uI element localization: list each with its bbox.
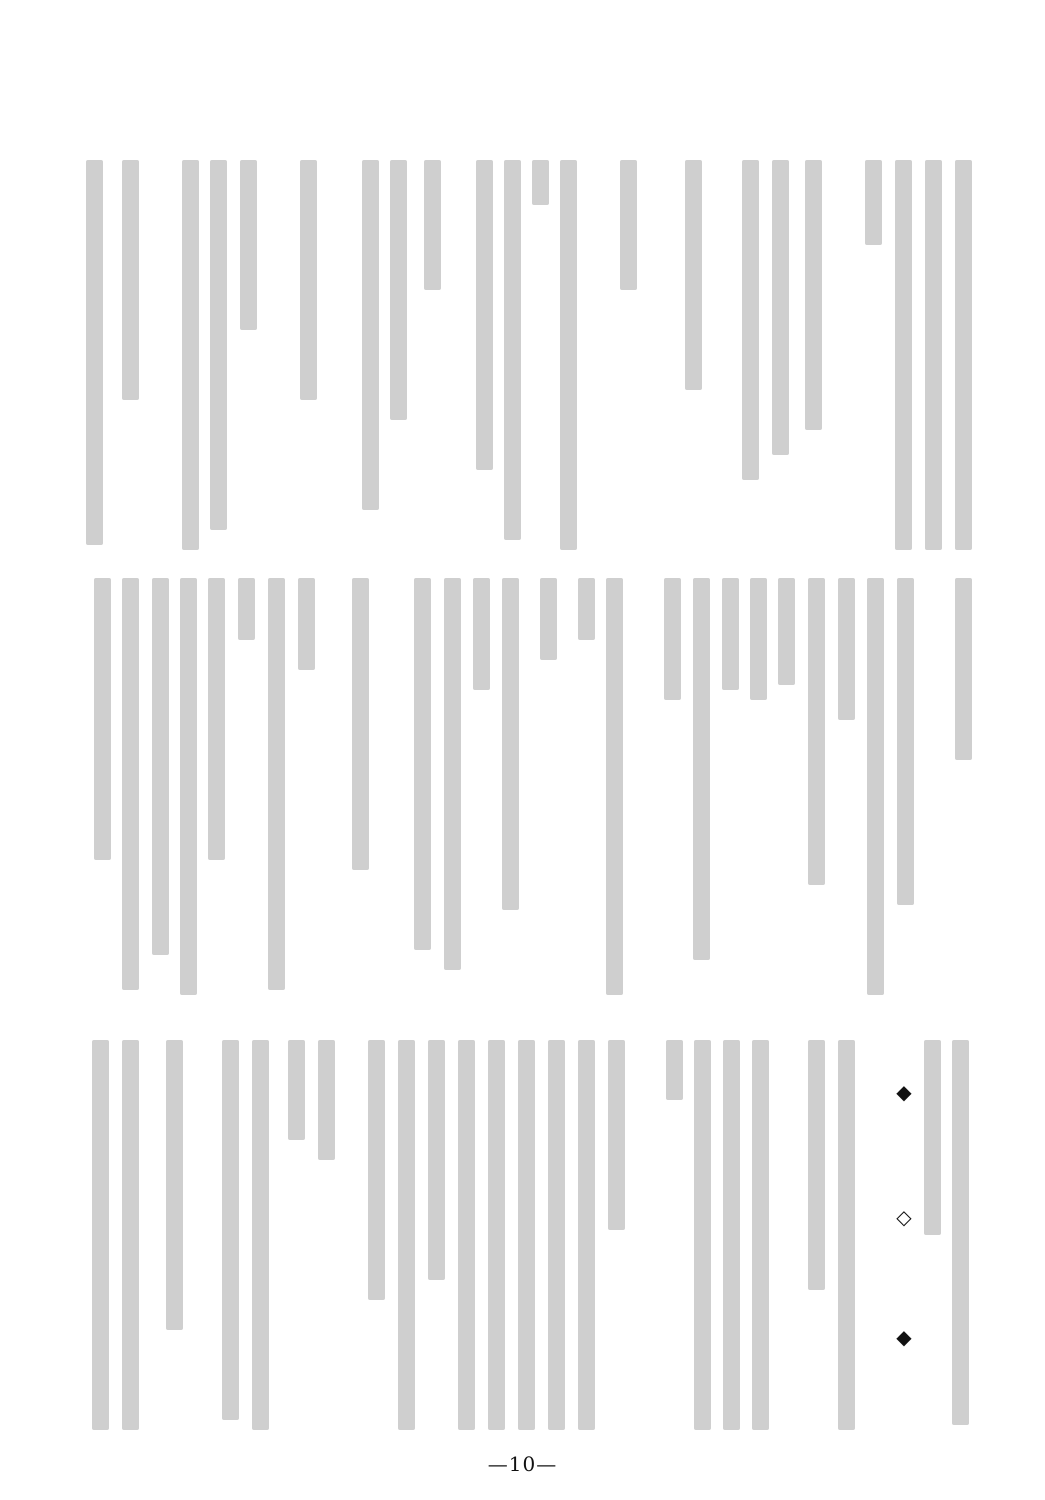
redacted-text-column (752, 1040, 769, 1430)
redacted-text-column (390, 160, 407, 420)
redacted-text-column (924, 1040, 941, 1235)
redacted-text-column (532, 160, 549, 205)
filled-diamond-icon: ◆ (892, 1325, 916, 1349)
redacted-text-column (92, 1040, 109, 1430)
redacted-text-column (608, 1040, 625, 1230)
redacted-text-column (895, 160, 912, 550)
redacted-text-column (488, 1040, 505, 1430)
redacted-text-column (620, 160, 637, 290)
redacted-text-column (368, 1040, 385, 1300)
redacted-text-column (300, 160, 317, 400)
redacted-text-column (122, 1040, 139, 1430)
redacted-text-column (502, 578, 519, 910)
redacted-text-column (666, 1040, 683, 1100)
redacted-text-column (152, 578, 169, 955)
document-page: ◆◇◆ —10— (0, 0, 1045, 1500)
redacted-text-column (476, 160, 493, 470)
redacted-text-column (182, 160, 199, 550)
redacted-text-column (694, 1040, 711, 1430)
redacted-text-column (838, 1040, 855, 1430)
redacted-text-column (540, 578, 557, 660)
redacted-text-column (444, 578, 461, 970)
redacted-text-column (808, 578, 825, 885)
redacted-text-column (606, 578, 623, 995)
redacted-text-column (838, 578, 855, 720)
redacted-text-column (742, 160, 759, 480)
redacted-text-column (268, 578, 285, 990)
page-number: —10— (0, 1452, 1045, 1476)
redacted-text-column (166, 1040, 183, 1330)
redacted-text-column (318, 1040, 335, 1160)
redacted-text-column (772, 160, 789, 455)
redacted-text-column (252, 1040, 269, 1430)
redacted-text-column (518, 1040, 535, 1430)
redacted-text-column (560, 160, 577, 550)
redacted-text-column (362, 160, 379, 510)
redacted-text-column (685, 160, 702, 390)
redacted-text-column (955, 160, 972, 550)
filled-diamond-icon: ◆ (892, 1080, 916, 1104)
redacted-text-column (925, 160, 942, 550)
redacted-text-column (288, 1040, 305, 1140)
redacted-text-column (222, 1040, 239, 1420)
hollow-diamond-icon: ◇ (892, 1205, 916, 1229)
redacted-text-column (398, 1040, 415, 1430)
redacted-text-column (952, 1040, 969, 1425)
redacted-text-column (238, 578, 255, 640)
redacted-text-column (428, 1040, 445, 1280)
redacted-text-column (548, 1040, 565, 1430)
redacted-text-column (865, 160, 882, 245)
redacted-text-column (473, 578, 490, 690)
redacted-text-column (210, 160, 227, 530)
redacted-text-column (897, 578, 914, 905)
redacted-text-column (458, 1040, 475, 1430)
redacted-text-column (208, 578, 225, 860)
redacted-text-column (578, 1040, 595, 1430)
redacted-text-column (955, 578, 972, 760)
redacted-text-column (298, 578, 315, 670)
redacted-text-column (180, 578, 197, 995)
redacted-text-column (414, 578, 431, 950)
redacted-text-column (504, 160, 521, 540)
redacted-text-column (805, 160, 822, 430)
redacted-text-column (722, 578, 739, 690)
redacted-text-column (94, 578, 111, 860)
redacted-text-column (808, 1040, 825, 1290)
redacted-text-column (86, 160, 103, 545)
redacted-text-column (867, 578, 884, 995)
redacted-text-column (122, 160, 139, 400)
redacted-text-column (778, 578, 795, 685)
redacted-text-column (723, 1040, 740, 1430)
redacted-text-column (578, 578, 595, 640)
redacted-text-column (664, 578, 681, 700)
redacted-text-column (424, 160, 441, 290)
redacted-text-column (352, 578, 369, 870)
redacted-text-column (750, 578, 767, 700)
redacted-text-column (240, 160, 257, 330)
redacted-text-column (122, 578, 139, 990)
redacted-text-column (693, 578, 710, 960)
